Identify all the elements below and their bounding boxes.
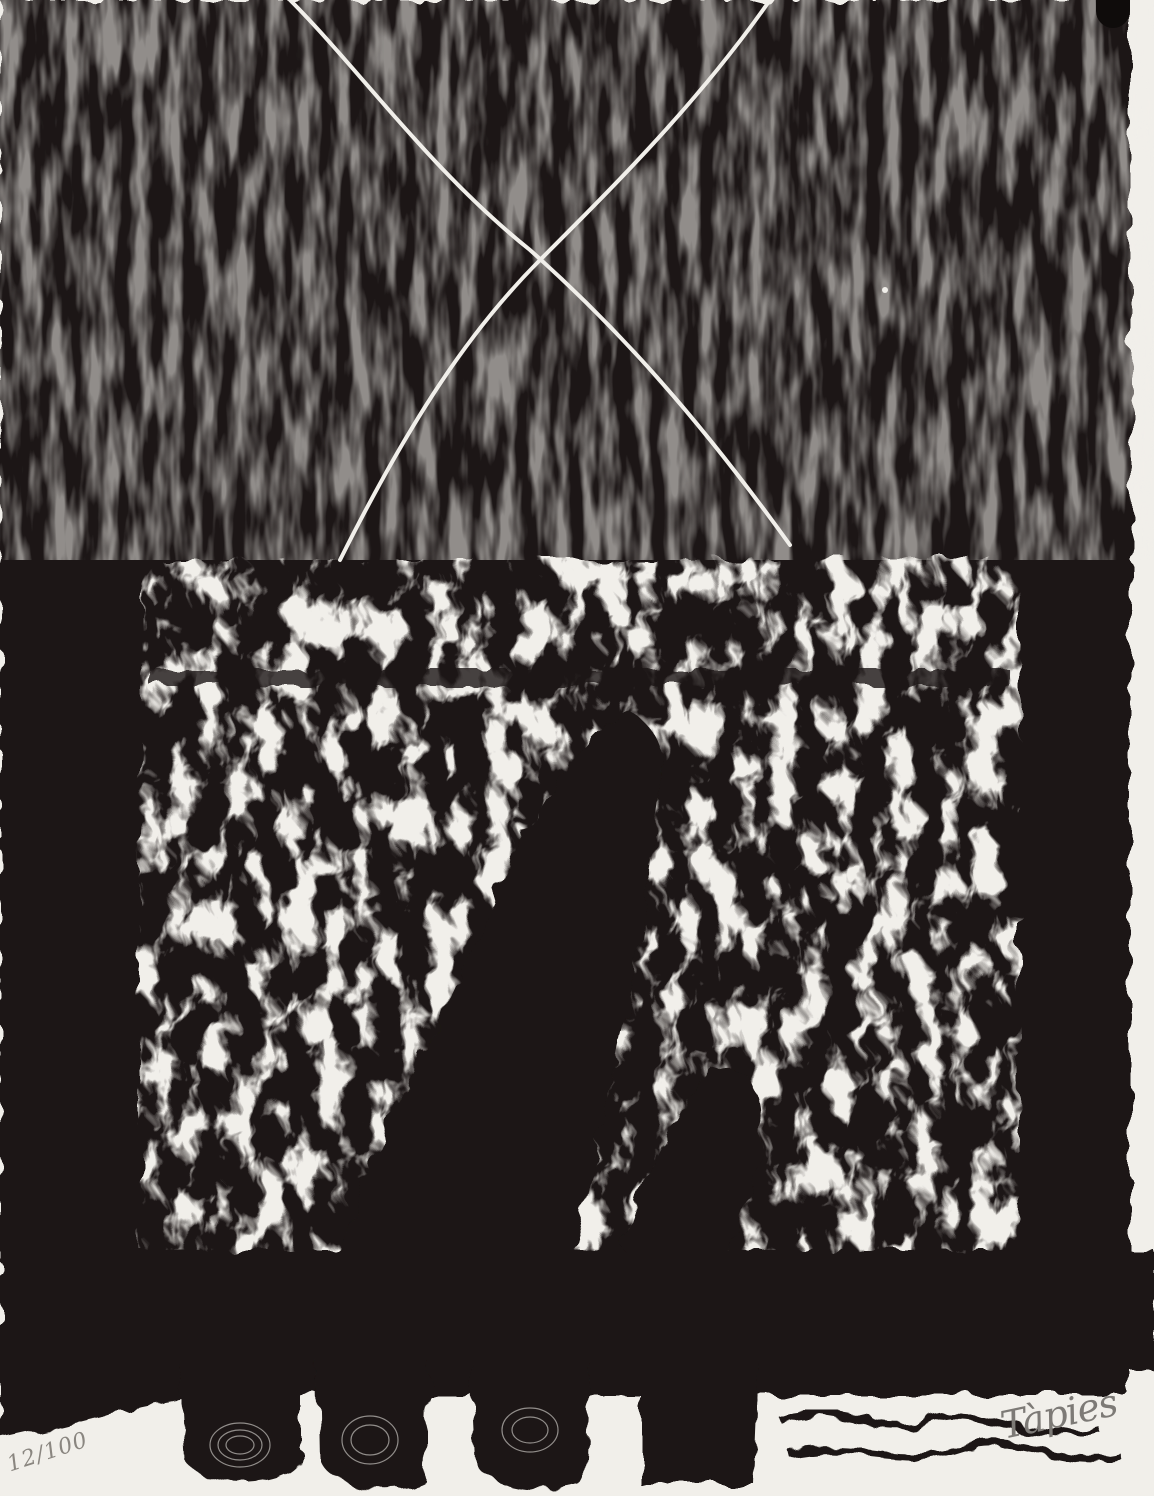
- lithograph-artwork: 12/100 Tàpies: [0, 0, 1154, 1496]
- ink-composition: [0, 0, 1154, 1496]
